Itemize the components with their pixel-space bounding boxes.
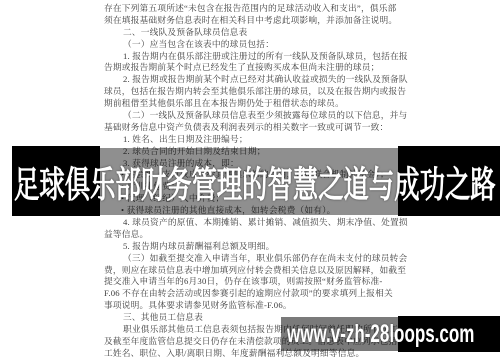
doc-line: 益等信息。	[104, 229, 404, 241]
doc-line: 球员，包括在报告期内转会至其他俱乐部注册的球员，以及在报告期内或报告	[104, 86, 404, 98]
doc-line: 4. 球员资产的原值、本期摊销、累计摊销、减值损失、期末净值、处置损	[104, 217, 404, 229]
watermark-url: www.v-zh-28loops.com	[287, 320, 474, 349]
doc-line: 2. 报告期或报告期前某个时点已经对其确认收益或损失的一线队及预备队	[104, 74, 404, 86]
doc-line: 提交准入申请当年的6月30日，仍存在该事项，则需按照“财务监管标准-	[104, 276, 404, 288]
page-title: 足球俱乐部财务管理的智慧之道与成功之路	[14, 154, 496, 208]
watermark-banner: www.v-zh-28loops.com	[287, 316, 500, 352]
title-banner: 足球俱乐部财务管理的智慧之道与成功之路	[14, 146, 500, 216]
doc-line: 告期或报告期前某个时点已经发生了直接购买成本但尚未注册的球员；	[104, 62, 404, 74]
doc-line: （二）一线队及预备队球员信息表至少须披露每位球员的以下信息，并与	[104, 110, 404, 122]
doc-line: 期前租借至其他俱乐部且在本报告期仍处于租借状态的球员。	[104, 98, 404, 110]
doc-line: 存在下列第五项所述“未包含在报告范围内的足球活动收入和支出”，俱乐部	[104, 3, 404, 15]
doc-line: 费，则应在球员信息表中增加填列应付转会费相关信息以及原因解释，如截至	[104, 265, 404, 277]
doc-line: （三）如截至提交准入申请当年，职业俱乐部仍存在尚未支付的球员转会	[104, 253, 404, 265]
doc-line: 1. 姓名、出生日期及注册编号；	[104, 134, 404, 146]
doc-line: （一）应当包含在该表中的球员包括：	[104, 39, 404, 51]
doc-line: 5. 报告期内球员薪酬福利总额及明细。	[104, 241, 404, 253]
doc-line: 基础财务信息中资产负债表及利润表列示的相关数字一致或可调节一致：	[104, 122, 404, 134]
doc-line: 1. 报告期内在俱乐部注册或注册过的所有一线队及预备队球员，包括在报	[104, 51, 404, 63]
doc-line: 事项说明。具体要求请参见财务监管标准-F.06。	[104, 300, 404, 312]
doc-line: F.06 不存在由转会活动或因参赛引起的逾期应付款项”的要求填列上报相关	[104, 288, 404, 300]
doc-section-heading: 二、一线队及预备队球员信息表	[104, 27, 404, 39]
doc-line: 须在填报基础财务信息表时在相关科目中考虑此项影响，并添加备注说明。	[104, 15, 404, 27]
